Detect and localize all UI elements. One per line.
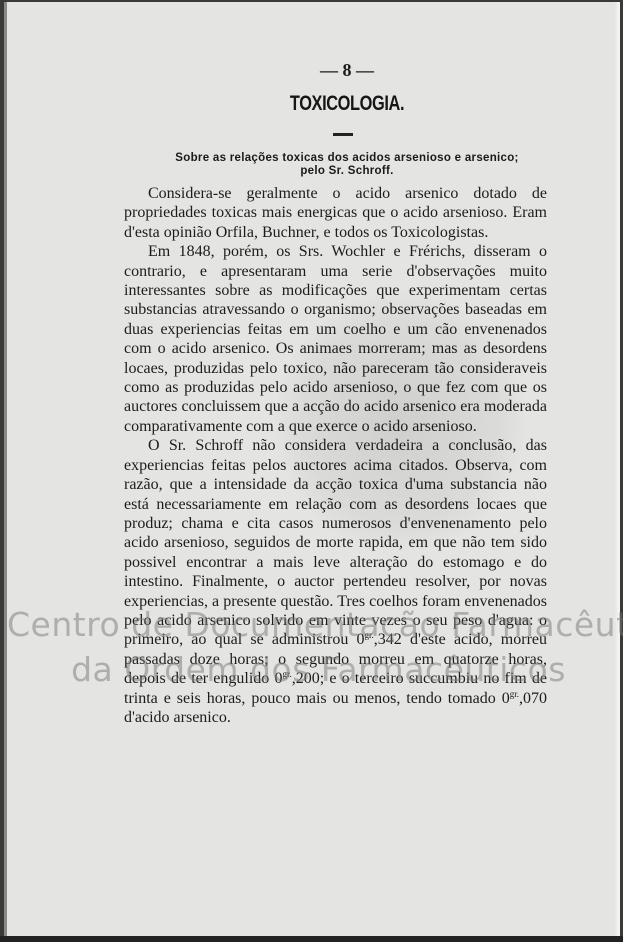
dose-2: 0gr.,200 xyxy=(274,670,319,687)
paragraph-1: Considera-se geralmente o acido arsenico… xyxy=(124,184,547,242)
subtitle-line-1: Sobre as relações toxicas dos acidos ars… xyxy=(127,152,567,165)
article-subtitle: Sobre as relações toxicas dos acidos ars… xyxy=(127,152,567,178)
title-divider xyxy=(333,133,353,136)
dose-1: 0gr.,342 xyxy=(357,631,402,648)
dose-3: 0gr.,070 xyxy=(502,690,547,707)
paragraph-2: Em 1848, porém, os Srs. Wochler e Fréric… xyxy=(124,242,547,436)
section-title: TOXICOLOGIA. xyxy=(269,92,425,116)
paragraph-3-text: O Sr. Schroff não considera verdadeira a… xyxy=(124,437,547,648)
scan-border-bottom xyxy=(0,936,623,942)
paragraph-3: O Sr. Schroff não considera verdadeira a… xyxy=(124,436,547,727)
subtitle-line-2: pelo Sr. Schroff. xyxy=(127,165,567,178)
page-number: — 8 — xyxy=(307,60,387,81)
article-body: Considera-se geralmente o acido arsenico… xyxy=(124,184,547,727)
document-page: — 8 — TOXICOLOGIA. Sobre as relações tox… xyxy=(4,2,620,937)
page-edge-shade xyxy=(614,2,620,937)
